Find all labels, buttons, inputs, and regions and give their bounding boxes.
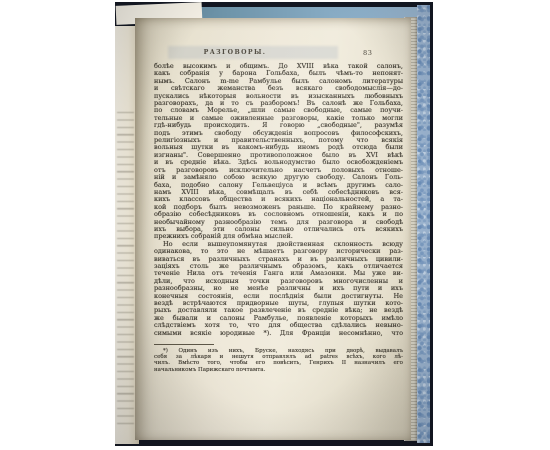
text-line: *) Одинъ изъ нихъ, Бруске, находясь при … xyxy=(154,348,403,354)
page-header: РАЗГОВОРЫ. 83 xyxy=(135,49,411,59)
footnote: *) Одинъ изъ нихъ, Бруске, находясь при … xyxy=(154,348,403,374)
footnote-rule xyxy=(154,344,214,345)
page-number: 83 xyxy=(363,49,372,57)
text-line: чилъ. Вмѣсто того, чтобы его повѣсить, Г… xyxy=(154,360,403,366)
facing-page-text-blur xyxy=(117,112,134,424)
book-cover-marbled-edge xyxy=(417,5,430,443)
screenshot: РАЗГОВОРЫ. 83 болѣе высокимъ и общимъ. Д… xyxy=(0,0,550,450)
book-page: РАЗГОВОРЫ. 83 болѣе высокимъ и общимъ. Д… xyxy=(135,18,411,440)
running-title: РАЗГОВОРЫ. xyxy=(190,49,280,56)
body-text: болѣе высокимъ и общимъ. До XVIII вѣка т… xyxy=(154,63,403,337)
book-photo: РАЗГОВОРЫ. 83 болѣе высокимъ и общимъ. Д… xyxy=(115,2,433,446)
text-line: симыми всякіе юродивые *). Для Франціи н… xyxy=(154,330,403,337)
text-line: начальникомъ Парижскаго почтамта. xyxy=(154,367,403,373)
